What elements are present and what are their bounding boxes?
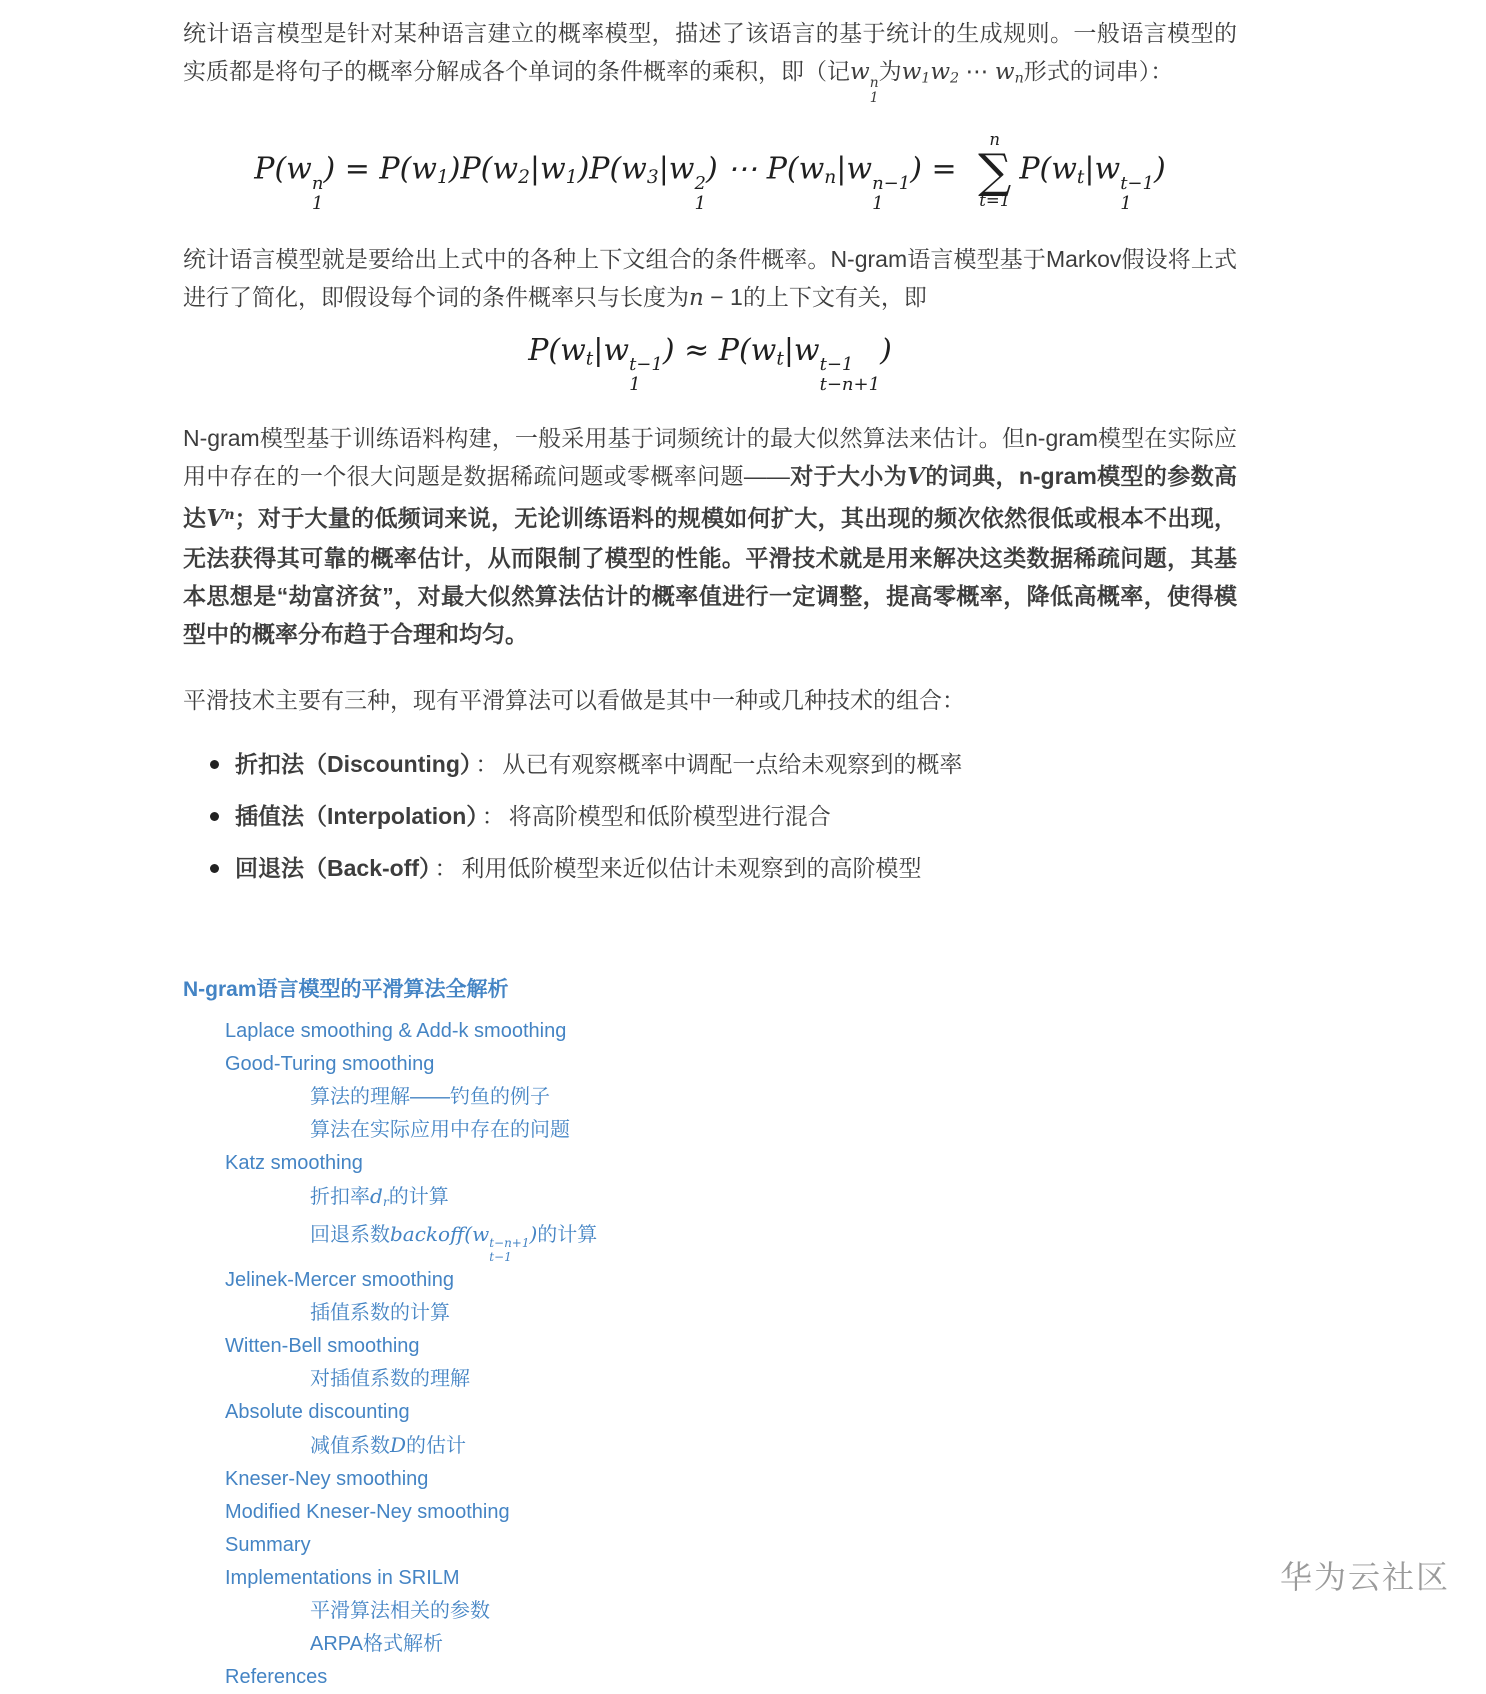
- list-item: 折扣法（Discounting）：从已有观察概率中调配一点给未观察到的概率: [183, 745, 1237, 783]
- paragraph-markov: 统计语言模型就是要给出上式中的各种上下文组合的条件概率。N-gram语言模型基于…: [183, 240, 1237, 317]
- toc-item-link[interactable]: Kneser-Ney smoothing: [183, 1463, 1237, 1496]
- toc-item-link[interactable]: 对插值系数的理解: [183, 1363, 1237, 1396]
- article-content: 统计语言模型是针对某种语言建立的概率模型，描述了该语言的基于统计的生成规则。一般…: [183, 0, 1237, 1694]
- toc-item-link[interactable]: Absolute discounting: [183, 1396, 1237, 1429]
- toc-item-link[interactable]: Katz smoothing: [183, 1147, 1237, 1180]
- toc-item-link[interactable]: Laplace smoothing & Add-k smoothing: [183, 1015, 1237, 1048]
- bullet-description: 将高阶模型和低阶模型进行混合: [509, 803, 831, 829]
- toc-item-link[interactable]: References: [183, 1661, 1237, 1694]
- toc-item-link[interactable]: Modified Kneser-Ney smoothing: [183, 1496, 1237, 1529]
- toc-item-link[interactable]: Good-Turing smoothing: [183, 1048, 1237, 1081]
- bullet-term: 回退法（Back-off）: [235, 855, 431, 881]
- toc-item-link[interactable]: 插值系数的计算: [183, 1297, 1237, 1330]
- bullet-description: 利用低阶模型来近似估计未观察到的高阶模型: [462, 855, 922, 881]
- list-item: 回退法（Back-off）：利用低阶模型来近似估计未观察到的高阶模型: [183, 849, 1237, 887]
- article-page: 统计语言模型是针对某种语言建立的概率模型，描述了该语言的基于统计的生成规则。一般…: [0, 0, 1486, 1694]
- table-of-contents: N-gram语言模型的平滑算法全解析 Laplace smoothing & A…: [183, 975, 1237, 1694]
- summation-symbol: n∑t=1: [978, 132, 1011, 209]
- bullet-term: 折扣法（Discounting）: [235, 751, 471, 777]
- toc-item-link[interactable]: 减值系数D的估计: [183, 1429, 1237, 1463]
- toc-item-link[interactable]: 算法在实际应用中存在的问题: [183, 1114, 1237, 1147]
- toc-item-link[interactable]: Witten-Bell smoothing: [183, 1330, 1237, 1363]
- bullet-description: 从已有观察概率中调配一点给未观察到的概率: [502, 751, 962, 777]
- paragraph-sparsity: N-gram模型基于训练语料构建，一般采用基于词频统计的最大似然算法来估计。但n…: [183, 419, 1237, 652]
- toc-item-link[interactable]: 平滑算法相关的参数: [183, 1595, 1237, 1628]
- smoothing-techniques-list: 折扣法（Discounting）：从已有观察概率中调配一点给未观察到的概率插值法…: [183, 745, 1237, 887]
- toc-item-link[interactable]: Implementations in SRILM: [183, 1562, 1237, 1595]
- toc-item-link[interactable]: ARPA格式解析: [183, 1628, 1237, 1661]
- toc-item-link[interactable]: Jelinek-Mercer smoothing: [183, 1264, 1237, 1297]
- bullet-separator: ：: [471, 751, 502, 777]
- huaweicloud-watermark: 华为云社区: [1280, 1552, 1450, 1598]
- paragraph-intro: 统计语言模型是针对某种语言建立的概率模型，描述了该语言的基于统计的生成规则。一般…: [183, 14, 1237, 106]
- toc-item-link[interactable]: 折扣率dr的计算: [183, 1180, 1237, 1218]
- bullet-term: 插值法（Interpolation）: [235, 803, 478, 829]
- formula-markov-approximation: P(wt|wt−11) ≈ P(wt|wt−1t−n+1): [183, 333, 1237, 395]
- toc-item-link[interactable]: 回退系数backoff(wt−n+1t−1)的计算: [183, 1218, 1237, 1264]
- toc-items: Laplace smoothing & Add-k smoothingGood-…: [183, 1015, 1237, 1694]
- toc-title-link[interactable]: N-gram语言模型的平滑算法全解析: [183, 975, 509, 1005]
- toc-item-link[interactable]: Summary: [183, 1529, 1237, 1562]
- toc-item-link[interactable]: 算法的理解——钓鱼的例子: [183, 1081, 1237, 1114]
- paragraph-smoothing-lead: 平滑技术主要有三种，现有平滑算法可以看做是其中一种或几种技术的组合：: [183, 681, 1237, 719]
- bullet-separator: ：: [478, 803, 509, 829]
- list-item: 插值法（Interpolation）：将高阶模型和低阶模型进行混合: [183, 797, 1237, 835]
- bullet-separator: ：: [431, 855, 462, 881]
- formula-chain-rule: P(wn1) = P(w1)P(w2|w1)P(w3|w21) ⋯ P(wn|w…: [183, 132, 1237, 214]
